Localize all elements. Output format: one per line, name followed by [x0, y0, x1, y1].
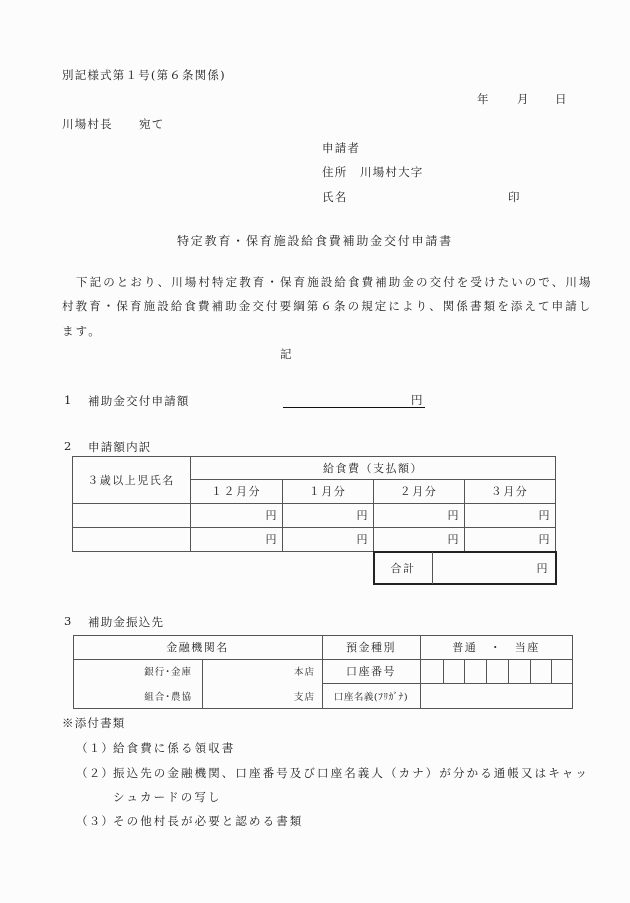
body-line-3: ます。 — [62, 323, 102, 339]
deposit-type-label: 預金種別 — [322, 635, 420, 659]
attachment-2-text-cont: シュカードの写し — [113, 789, 222, 805]
bank-type-bank: 銀行･金庫 — [73, 659, 200, 683]
attachment-1-number: （１） — [76, 740, 114, 756]
applicant-label: 申請者 — [322, 140, 360, 156]
address-label: 住所 — [322, 164, 347, 180]
requested-amount-field[interactable] — [285, 392, 407, 406]
ki-label: 記 — [280, 346, 293, 362]
attachment-3-text: その他村長が必要と認める書類 — [113, 813, 303, 829]
month-header-jan: １月分 — [282, 479, 373, 503]
account-holder-field[interactable] — [421, 684, 572, 708]
month-header-dec: １２月分 — [190, 479, 282, 503]
child-name-header: ３歳以上児氏名 — [72, 456, 190, 503]
branch-type-branch: 支店 — [202, 683, 322, 708]
attachments-heading: ※添付書類 — [62, 715, 126, 731]
amount-cell[interactable]: 円 — [464, 503, 555, 527]
amount-underline — [283, 407, 425, 408]
lunch-fee-header: 給食費（支払額） — [190, 456, 556, 479]
account-digit-cell[interactable] — [531, 660, 551, 683]
total-box-border — [555, 551, 557, 585]
account-digit-cell[interactable] — [465, 660, 486, 683]
account-number-label: 口座番号 — [322, 659, 420, 683]
section3-label: 補助金振込先 — [88, 614, 164, 630]
amount-cell[interactable]: 円 — [373, 527, 464, 551]
account-digit-cell[interactable] — [421, 660, 443, 683]
amount-cell[interactable]: 円 — [373, 503, 464, 527]
requested-amount-unit: 円 — [411, 392, 424, 408]
account-digit-cell[interactable] — [509, 660, 530, 683]
body-line-2: 村教育・保育施設給食費補助金交付要綱第６条の規定により、関係書類を添えて申請し — [62, 298, 592, 314]
amount-cell[interactable]: 円 — [190, 527, 282, 551]
document-title: 特定教育・保育施設給食費補助金交付申請書 — [0, 232, 630, 249]
child-name-cell[interactable] — [72, 527, 190, 551]
attachment-1-text: 給食費に係る領収書 — [113, 740, 235, 756]
month-header-feb: ２月分 — [373, 479, 464, 503]
attachment-2-text: 振込先の金融機関、口座番号及び口座名義人（カナ）が分かる通帳又はキャッ — [113, 765, 589, 781]
section1-number: 1 — [64, 393, 73, 407]
addressee-suffix: 宛て — [139, 116, 164, 132]
amount-cell[interactable]: 円 — [282, 503, 373, 527]
branch-type-main: 本店 — [202, 659, 322, 683]
account-digit-cell[interactable] — [487, 660, 508, 683]
section2-number: 2 — [64, 439, 73, 453]
name-label: 氏名 — [322, 189, 347, 205]
attachment-2-number: （２） — [76, 765, 114, 781]
seal-mark: 印 — [508, 189, 521, 205]
amount-cell[interactable]: 円 — [282, 527, 373, 551]
table-border — [572, 635, 573, 708]
attachment-3-number: （３） — [76, 813, 114, 829]
table-border — [73, 708, 573, 709]
addressee: 川場村長 — [62, 116, 113, 132]
address-value: 川場村大字 — [360, 164, 424, 180]
total-label: 合計 — [374, 552, 432, 583]
total-amount-cell[interactable]: 円 — [433, 552, 553, 583]
account-digit-cell[interactable] — [444, 660, 464, 683]
bank-name-header: 金融機関名 — [73, 635, 322, 659]
body-line-1: 下記のとおり、川場村特定教育・保育施設給食費補助金の交付を受けたいので、川場 — [76, 274, 593, 290]
amount-cell[interactable]: 円 — [190, 503, 282, 527]
month-header-mar: ３月分 — [464, 479, 555, 503]
section1-label: 補助金交付申請額 — [88, 393, 190, 409]
bank-type-coop: 組合･農協 — [73, 683, 200, 708]
date-day-label: 日 — [555, 91, 568, 107]
date-month-label: 月 — [517, 91, 530, 107]
total-box-border — [373, 583, 557, 585]
section3-number: 3 — [64, 614, 73, 628]
account-digit-cell[interactable] — [552, 660, 572, 683]
amount-cell[interactable]: 円 — [464, 527, 555, 551]
date-year-label: 年 — [477, 91, 490, 107]
form-number: 別記様式第１号(第６条関係) — [62, 67, 226, 83]
account-holder-label: 口座名義(ﾌﾘｶﾞﾅ) — [322, 683, 420, 708]
child-name-cell[interactable] — [72, 503, 190, 527]
section2-label: 申請額内訳 — [88, 439, 152, 455]
deposit-type-options[interactable]: 普通 ・ 当座 — [420, 635, 572, 659]
